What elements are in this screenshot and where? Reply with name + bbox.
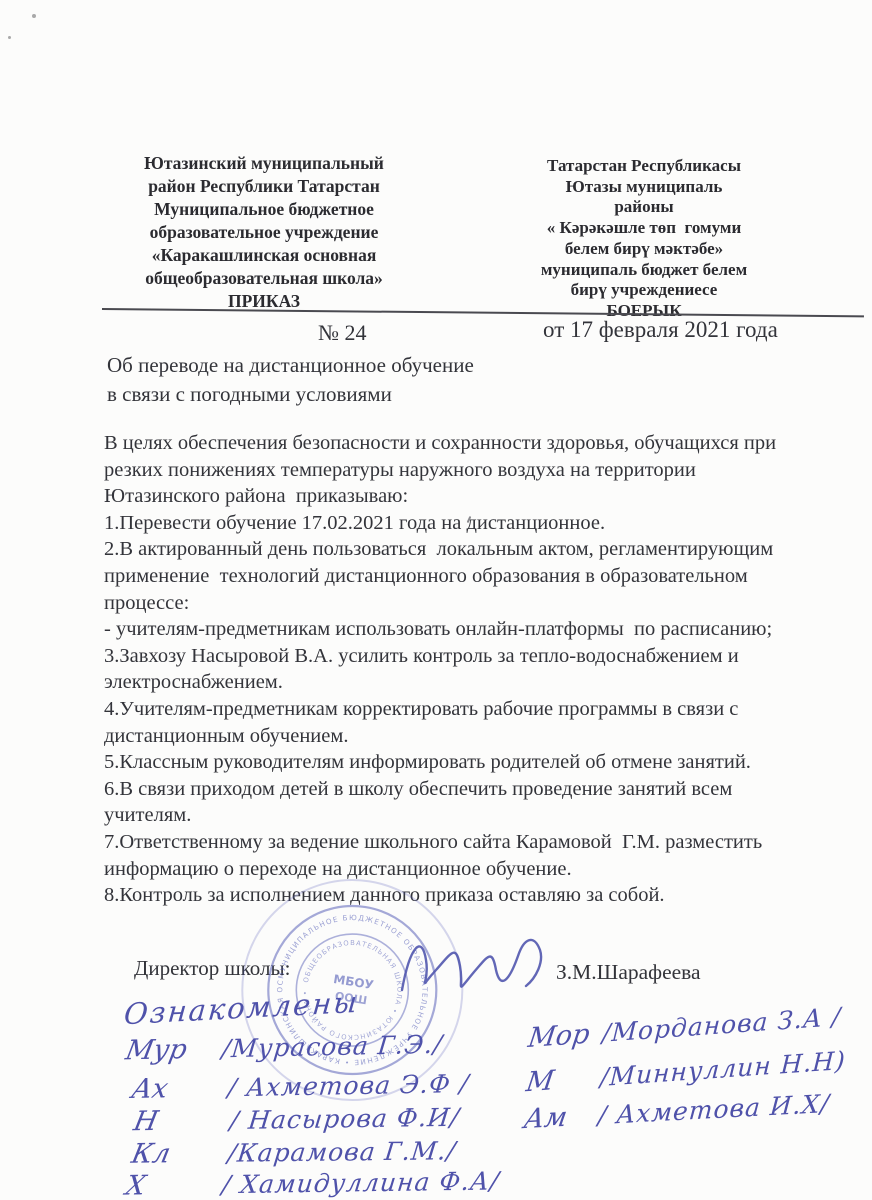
header-right-line: Татарстан Республикасы [492,156,796,177]
order-number: № 24 [318,320,367,346]
scanned-order-document: Ютазинский муниципальный район Республик… [0,0,872,1200]
scan-speck [32,14,36,18]
signature-transcript: /Карамова Г.М./ [226,1136,457,1167]
signature-scrawl: Кл [129,1138,227,1170]
header-right-line: Ютазы муниципаль [492,177,796,198]
body-line: 6.В связи приходом детей в школу обеспеч… [104,776,850,803]
header-left-block: Ютазинский муниципальный район Республик… [112,152,416,313]
subject-line: в связи с погодными условиями [107,380,474,409]
order-body: В целях обеспечения безопасности и сохра… [104,430,850,909]
signature-scrawl: Х [123,1169,221,1200]
order-date: от 17 февраля 2021 года [543,317,778,343]
acknowledgement-row: Мор /Морданова З.А / [527,1001,842,1054]
header-left-line: Муниципальное бюджетное [112,198,416,221]
body-line: 5.Классным руководителям информировать р… [104,749,850,776]
body-line: Ютазинского района приказываю: [104,483,850,510]
body-line: процессе: [104,590,850,617]
acknowledgement-row: Х / Хамидуллина Ф.А/ [126,1165,500,1200]
signature-scrawl: М [524,1062,598,1098]
body-line: 2.В актированный день пользоваться локал… [104,536,850,563]
signature-transcript: /Миннуллин Н.Н) [599,1046,846,1092]
body-line: 3.Завхозу Насыровой В.А. усилить контрол… [104,643,850,670]
header-left-line: образовательное учреждение [112,221,416,244]
scan-speck [8,36,11,39]
signature-transcript: / Хамидуллина Ф.А/ [220,1166,501,1199]
signature-transcript: /Морданова З.А / [601,1002,842,1048]
header-right-line: муниципаль бюджет белем [492,260,796,281]
director-signature-scrawl [396,926,566,1011]
body-line: учителям. [104,802,850,829]
header-right-block: Татарстан Республикасы Ютазы муниципаль … [492,156,796,322]
header-left-line: Ютазинский муниципальный [112,152,416,175]
header-right-line: белем бирү мәктәбе» [492,239,796,260]
signature-transcript: / Ахметова И.Х/ [597,1089,831,1130]
body-line: 1.Перевести обучение 17.02.2021 года на … [104,510,850,537]
signature-scrawl: Ам [522,1100,597,1135]
header-right-line: бирү учреждениесе [492,280,796,301]
signature-scrawl: Мор [526,1018,600,1054]
subject-block: Об переводе на дистанционное обучение в … [107,351,474,409]
signature-scrawl: Мур [123,1033,221,1066]
body-line: резких понижениях температуры наружного … [104,457,850,484]
body-line: дистанционным обучением. [104,723,850,750]
header-left-line: общеобразовательная школа» [112,267,416,290]
body-line: В целях обеспечения безопасности и сохра… [104,430,850,457]
subject-line: Об переводе на дистанционное обучение [107,351,474,380]
body-line: 4.Учителям-предметникам корректировать р… [104,696,850,723]
header-left-line: район Республики Татарстан [112,175,416,198]
stamp-center-text-bottom: ООШ [334,989,368,1007]
stamp-inner-ring-text: ОБЩЕОБРАЗОВАТЕЛЬНАЯ ШКОЛА • ЮТАЗИНСКОГО … [294,932,411,1049]
director-name: З.М.Шарафеева [556,960,701,985]
header-right-line: районы [492,197,796,218]
body-line: - учителям-предметникам использовать онл… [104,616,850,643]
body-line: 7.Ответственному за ведение школьного са… [104,829,850,856]
svg-text:ОБЩЕОБРАЗОВАТЕЛЬНАЯ ШКОЛА • ЮТ: ОБЩЕОБРАЗОВАТЕЛЬНАЯ ШКОЛА • ЮТАЗИНСКОГО … [294,932,411,1049]
body-line: информацию о переходе на дистанционное о… [104,856,850,883]
header-right-line: « Кәрәкәшле төп гомуми [492,218,796,239]
header-left-line: «Каракашлинская основная [112,244,416,267]
body-line: электроснабжением. [104,669,850,696]
acknowledgement-row: Кл /Карамова Г.М./ [132,1135,457,1169]
signature-scrawl: Н [131,1105,229,1137]
body-line: применение технологий дистанционного обр… [104,563,850,590]
